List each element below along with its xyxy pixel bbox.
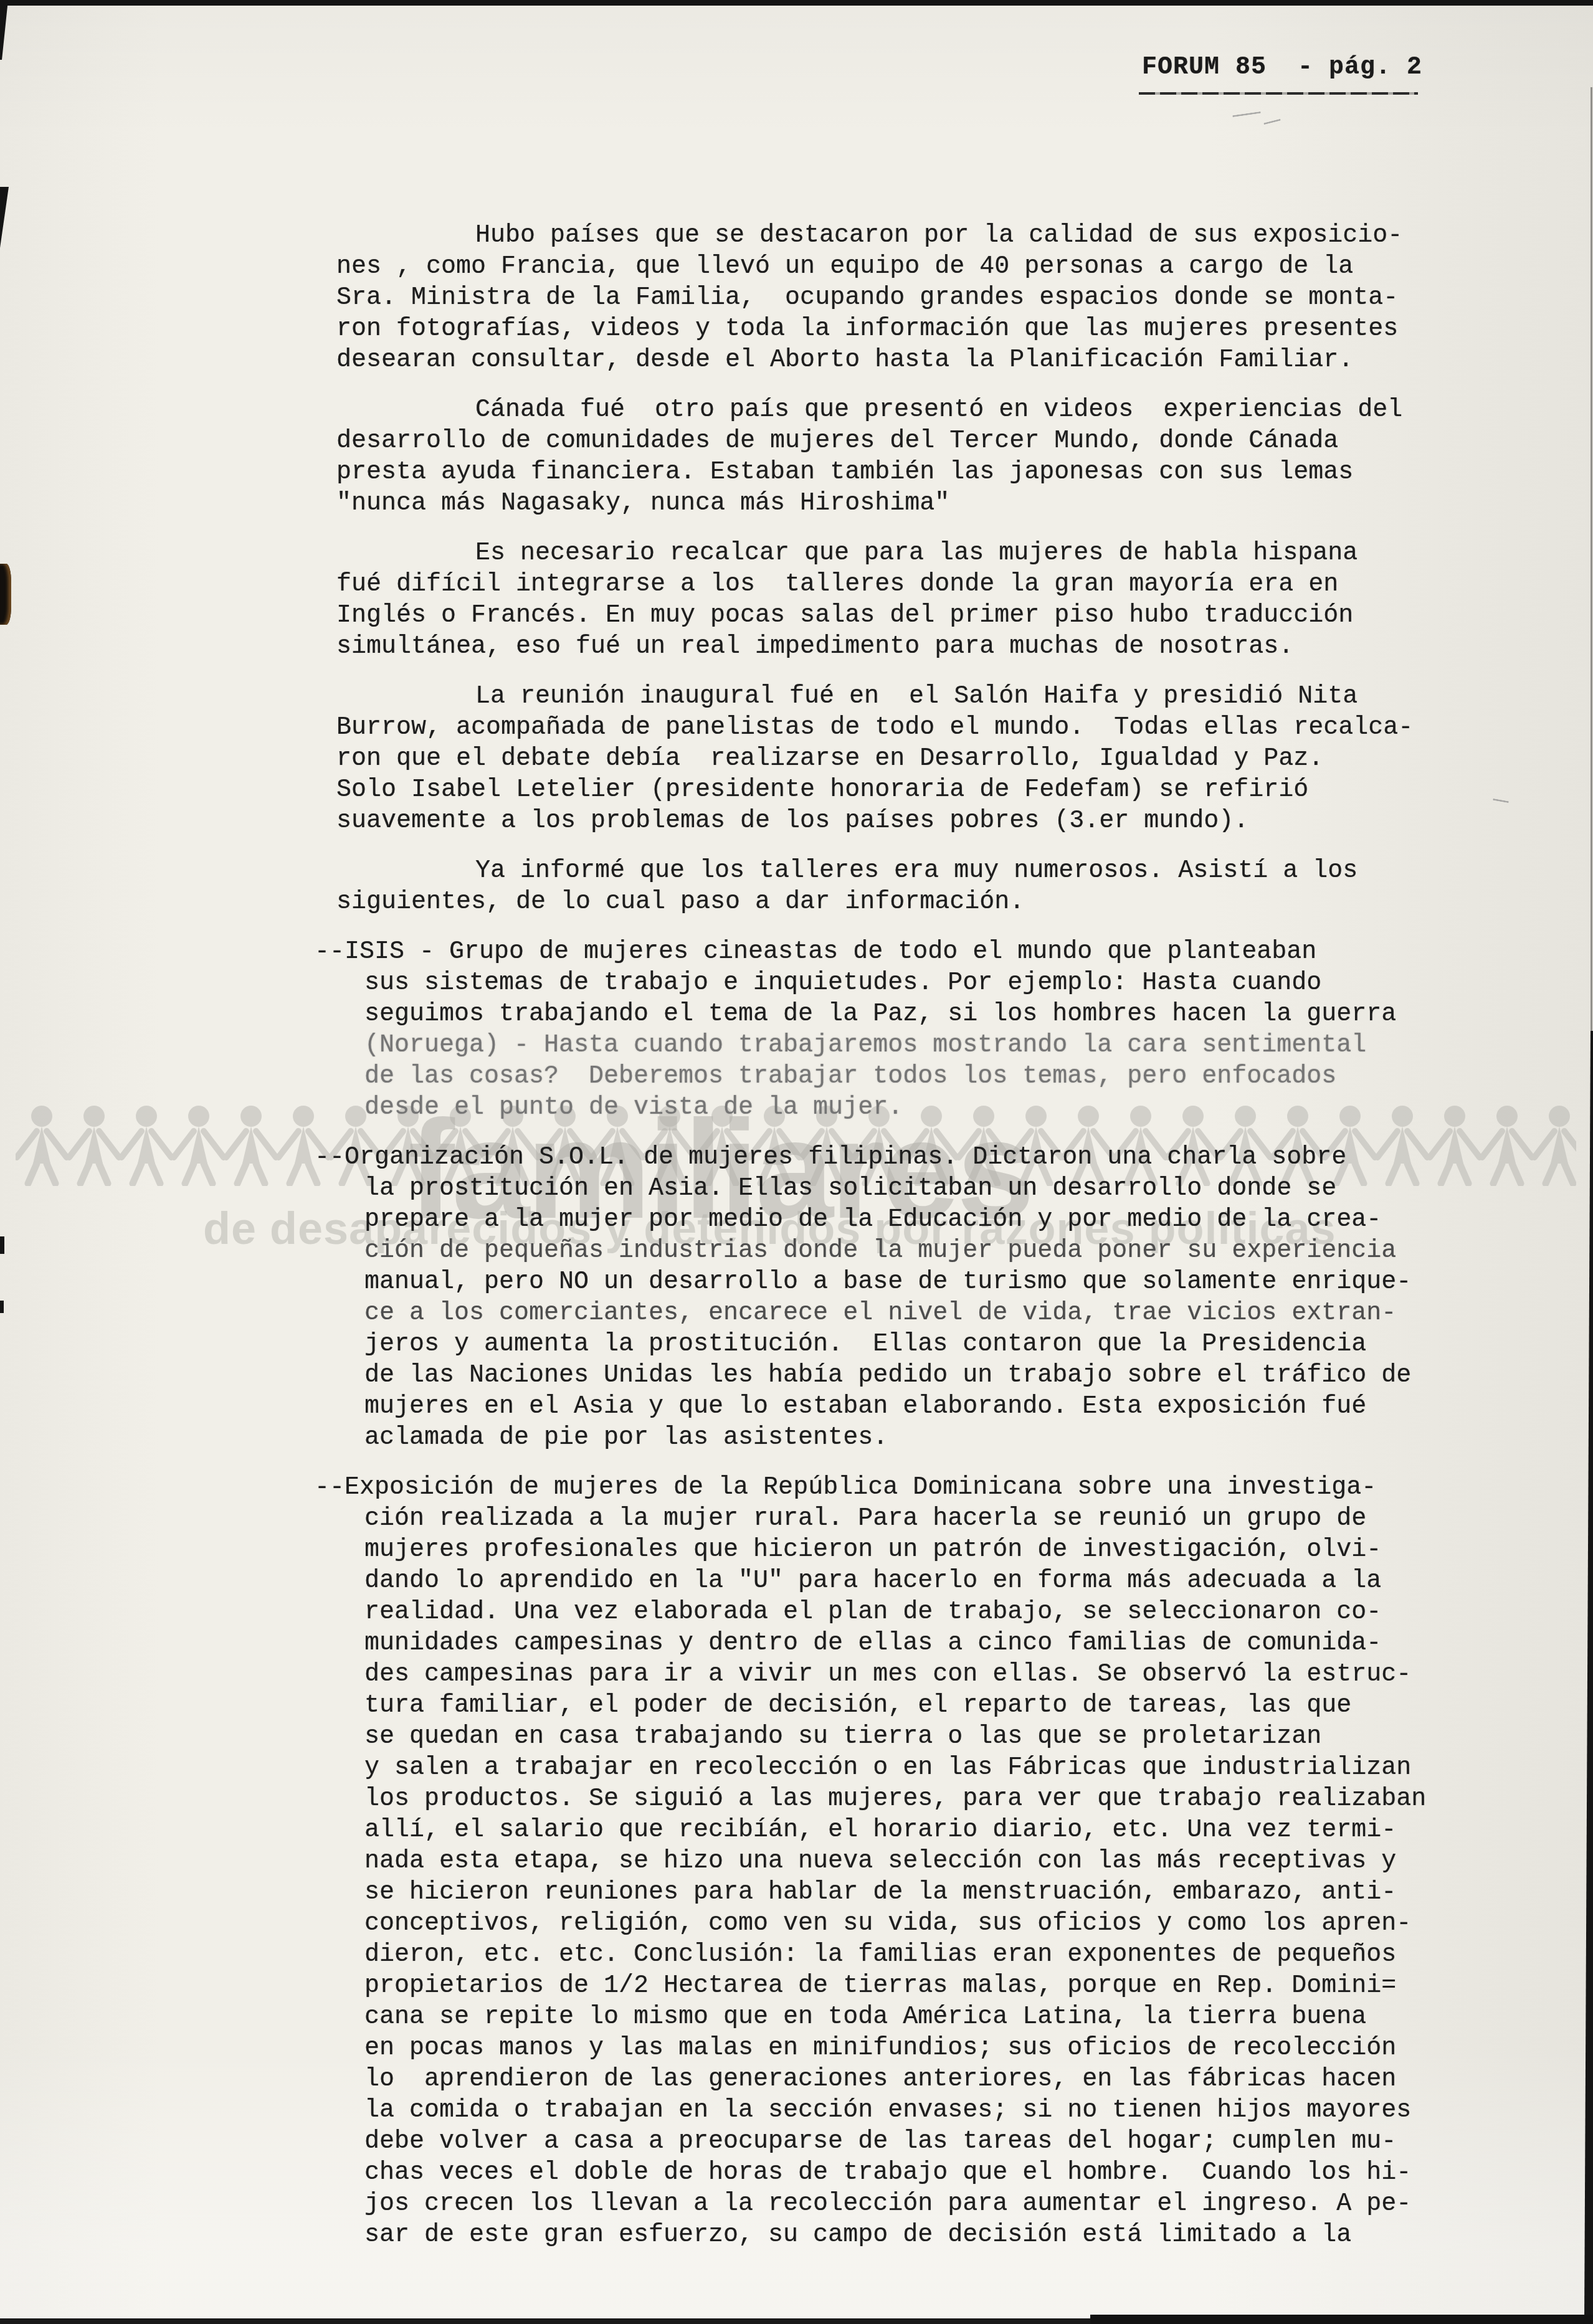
text-line: Hubo países que se destacaron por la cal… — [475, 221, 1445, 252]
text-line: Cánada fué otro país que presentó en vid… — [475, 395, 1445, 426]
paragraph: La reunión inaugural fué en el Salón Hai… — [315, 681, 1445, 837]
text-line: Burrow, acompañada de panelistas de todo… — [336, 713, 1445, 744]
text-line: sar de este gran esfuerzo, su campo de d… — [364, 2220, 1445, 2251]
text-line: dieron, etc. etc. Conclusión: la familia… — [364, 1940, 1445, 1971]
text-line: de las cosas? Deberemos trabajar todos l… — [364, 1061, 1445, 1093]
text-line: los productos. Se siguió a las mujeres, … — [364, 1784, 1445, 1815]
text-line: Es necesario recalcar que para las mujer… — [475, 538, 1445, 569]
text-line: Solo Isabel Letelier (presidente honorar… — [336, 775, 1445, 806]
text-line: des campesinas para ir a vivir un mes co… — [364, 1659, 1445, 1691]
text-line: nes , como Francia, que llevó un equipo … — [336, 252, 1445, 283]
text-line: desearan consultar, desde el Aborto hast… — [336, 345, 1445, 376]
document-body: Hubo países que se destacaron por la cal… — [315, 221, 1445, 2251]
text-line: mujeres en el Asia y que lo estaban elab… — [364, 1392, 1445, 1423]
text-line: tura familiar, el poder de decisión, el … — [364, 1691, 1445, 1722]
text-line: fué difícil integrarse a los talleres do… — [336, 569, 1445, 600]
text-line: propietarios de 1/2 Hectarea de tierras … — [364, 1971, 1445, 2002]
text-line: la comida o trabajan en la sección envas… — [364, 2095, 1445, 2127]
text-line: cana se repite lo mismo que en toda Amér… — [364, 2002, 1445, 2033]
text-line: dando lo aprendido en la "U" para hacerl… — [364, 1566, 1445, 1597]
text-line: se hicieron reuniones para hablar de la … — [364, 1877, 1445, 1909]
scanned-document-page: { "page": { "paper_color": "#f0eee7", "i… — [0, 0, 1593, 2324]
text-line: lo aprendieron de las generaciones anter… — [364, 2064, 1445, 2095]
text-line: simultánea, eso fué un real impedimento … — [336, 632, 1445, 663]
text-line: mujeres profesionales que hicieron un pa… — [364, 1535, 1445, 1566]
text-line: (Noruega) - Hasta cuando trabajaremos mo… — [364, 1030, 1445, 1061]
scan-artifact-left-dash — [0, 1236, 4, 1254]
text-line: --Organización S.O.L. de mujeres filipin… — [315, 1142, 1445, 1174]
text-line: suavemente a los problemas de los países… — [336, 806, 1445, 837]
text-line: sus sistemas de trabajo e inquietudes. P… — [364, 968, 1445, 999]
pencil-mark — [1493, 799, 1509, 803]
text-line: jeros y aumenta la prostitución. Ellas c… — [364, 1329, 1445, 1360]
text-line: ce a los comerciantes, encarece el nivel… — [364, 1298, 1445, 1329]
text-line: munidades campesinas y dentro de ellas a… — [364, 1628, 1445, 1659]
text-line: --ISIS - Grupo de mujeres cineastas de t… — [315, 937, 1445, 968]
text-line: y salen a trabajar en recolección o en l… — [364, 1753, 1445, 1784]
paragraph: Cánada fué otro país que presentó en vid… — [315, 395, 1445, 519]
text-line: desde el punto de vista de la mujer. — [364, 1093, 1445, 1124]
text-line: debe volver a casa a preocuparse de las … — [364, 2127, 1445, 2158]
text-line: aclamada de pie por las asistentes. — [364, 1423, 1445, 1454]
text-line: nada esta etapa, se hizo una nueva selec… — [364, 1846, 1445, 1877]
text-line: Inglés o Francés. En muy pocas salas del… — [336, 600, 1445, 632]
text-line: ron que el debate debía realizarse en De… — [336, 744, 1445, 775]
bullet-item: --Organización S.O.L. de mujeres filipin… — [315, 1142, 1445, 1454]
bullet-item: --Exposición de mujeres de la República … — [315, 1473, 1445, 2251]
text-line: Sra. Ministra de la Familia, ocupando gr… — [336, 283, 1445, 314]
scan-artifact-left-wedge — [0, 187, 9, 248]
paragraph: Ya informé que los talleres era muy nume… — [315, 856, 1445, 918]
text-line: La reunión inaugural fué en el Salón Hai… — [475, 681, 1445, 713]
pencil-mark — [1263, 119, 1281, 125]
scan-artifact-top-edge — [0, 0, 1593, 6]
text-line: conceptivos, religión, como ven su vida,… — [364, 1909, 1445, 1940]
scan-artifact-top-left — [0, 0, 8, 60]
text-line: "nunca más Nagasaky, nunca más Hiroshima… — [336, 488, 1445, 519]
text-line: desarrollo de comunidades de mujeres del… — [336, 426, 1445, 457]
text-line: --Exposición de mujeres de la República … — [315, 1473, 1445, 1504]
header-underline — [1139, 92, 1418, 95]
bullet-item: --ISIS - Grupo de mujeres cineastas de t… — [315, 937, 1445, 1124]
text-line: presta ayuda financiera. Estaban también… — [336, 457, 1445, 488]
text-line: seguimos trabajando el tema de la Paz, s… — [364, 999, 1445, 1030]
text-line: allí, el salario que recibíán, el horari… — [364, 1815, 1445, 1846]
text-line: Ya informé que los talleres era muy nume… — [475, 856, 1445, 887]
scan-artifact-right-hairline — [1591, 87, 1592, 1031]
text-line: prepare a la mujer por medio de la Educa… — [364, 1205, 1445, 1236]
scan-artifact-bottom-right — [1090, 2315, 1593, 2324]
scan-artifact-left-blob — [0, 564, 11, 625]
text-line: en pocas manos y las malas en minifundio… — [364, 2033, 1445, 2064]
text-line: ción de pequeñas industrias donde la muj… — [364, 1236, 1445, 1267]
text-line: ron fotografías, videos y toda la inform… — [336, 314, 1445, 345]
text-line: ción realizada a la mujer rural. Para ha… — [364, 1504, 1445, 1535]
page-header: FORUM 85 - pág. 2 — [1142, 54, 1422, 82]
text-line: siguientes, de lo cual paso a dar inform… — [336, 887, 1445, 918]
text-line: de las Naciones Unidas les había pedido … — [364, 1360, 1445, 1392]
paragraph: Es necesario recalcar que para las mujer… — [315, 538, 1445, 663]
text-line: la prostitución en Asia. Ellas solicitab… — [364, 1174, 1445, 1205]
text-line: chas veces el doble de horas de trabajo … — [364, 2158, 1445, 2189]
scan-artifact-left-dash — [0, 1301, 4, 1313]
text-line: manual, pero NO un desarrollo a base de … — [364, 1267, 1445, 1298]
text-line: se quedan en casa trabajando su tierra o… — [364, 1722, 1445, 1753]
text-line: realidad. Una vez elaborada el plan de t… — [364, 1597, 1445, 1628]
pencil-mark — [1232, 111, 1261, 117]
paragraph: Hubo países que se destacaron por la cal… — [315, 221, 1445, 376]
text-line: jos crecen los llevan a la recolección p… — [364, 2189, 1445, 2220]
scan-artifact-right-strip — [1584, 1031, 1593, 2324]
